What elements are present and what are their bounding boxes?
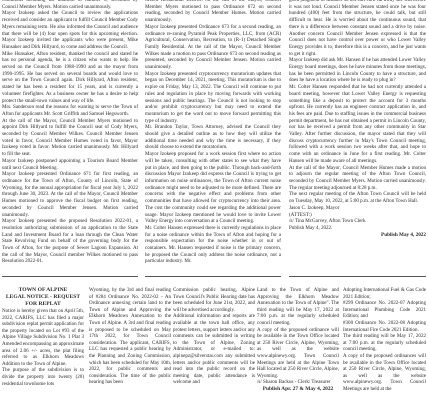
alpine-replat-notice: TOWN OF ALPINE LEGAL NOTICE - REQUEST FO… [0, 287, 428, 400]
minutes-column-2: Mixed Residential District. At the call … [145, 0, 281, 265]
paragraph: Wyoming, by the 3rd and final reading of… [89, 287, 171, 386]
section-divider [2, 276, 138, 277]
paragraph: Mike Hunsaker, Afton resident, thanked t… [2, 51, 138, 105]
paragraph: Notice is hereby given that on April 5th… [2, 308, 84, 367]
notice-title-line: TOWN OF ALPINE [2, 287, 84, 294]
afton-council-minutes: conditions including the addition of num… [0, 0, 428, 282]
notice-column-3: Commission public hearing, Alpine Town C… [173, 287, 255, 386]
signature-line: Jason C. Izokeep, Mayor [289, 205, 426, 212]
paragraph: A copy of the proposed ordinances will b… [343, 353, 426, 393]
paragraph: #300 Ordinance No. 2022-08 Adopting Inte… [343, 320, 426, 333]
paragraph: Mayor Izokeep presented Ordinance 671 fo… [2, 171, 138, 218]
paragraph: The third reading will be May 17, 2022 a… [343, 333, 426, 353]
paragraph: Mayor Izokeep presented cryptocurrency m… [145, 71, 281, 125]
section-divider [145, 276, 281, 277]
notice-column-2: Wyoming, by the 3rd and final reading of… [89, 287, 171, 386]
paragraph: Mr. Brandon Taylor, Town Attorney, advis… [145, 124, 281, 151]
paragraph: The purpose of the subdivision is to div… [2, 367, 84, 387]
paragraph: #299 Ordinance No. 2022-07 Adopting Inte… [343, 300, 426, 320]
paragraph: Additional information and reports are a… [173, 313, 255, 386]
notice-column-1: TOWN OF ALPINE LEGAL NOTICE - REQUEST FO… [2, 287, 84, 387]
paragraph: Mayor Izokeep proposed for a work sessio… [145, 151, 281, 225]
paragraph: Mayor Izokeep did ask Mr. Hansen if he h… [289, 57, 426, 84]
paragraph: The next regular meeting of the Afton To… [289, 191, 426, 204]
minutes-column-1: conditions including the addition of num… [2, 0, 138, 265]
paragraph: Commission public hearing, Alpine Town C… [173, 287, 255, 313]
paragraph: Land to the Town of Alpine and Approving… [257, 287, 339, 327]
paragraph: At the call of the Mayor, Council Member… [289, 165, 426, 192]
paragraph: Mixed Residential District. At the call … [145, 0, 281, 24]
paragraph: Mayor Izokeep asked the Council to revie… [2, 10, 138, 50]
minutes-column-3: good judgment of distance so not sure ho… [289, 0, 426, 238]
paragraph: Adopting International Fuel & Gas Code 2… [343, 287, 426, 300]
paragraph: Mayor Izokeep presented the proposed Res… [2, 218, 138, 265]
paragraph: conditions including the addition of num… [2, 0, 138, 10]
notice-title-line: FOR REPLAT [2, 301, 84, 308]
notice-column-4: Land to the Town of Alpine and Approving… [257, 287, 339, 393]
signature-line: /s/ Sharon Backus - Clerk/ Treasurer [257, 379, 339, 386]
paragraph: Mayor Izokeep postponed appointing a Tou… [2, 158, 138, 171]
publish-date: Publish Apr. 27 & May 4, 2022 [257, 386, 339, 393]
section-divider [289, 276, 426, 277]
notice-title-line: LEGAL NOTICE - REQUEST [2, 294, 84, 301]
paragraph: Mr. Colter Hansen responded that he had … [289, 84, 426, 164]
publish-date: Publish May 4, 2022 [289, 232, 426, 239]
clerk-line: /s/ Tina McGarvey, Afton Town Clerk [289, 218, 426, 225]
notice-column-5: Adopting International Fuel & Gas Code 2… [343, 287, 426, 393]
paragraph: A copy of the proposed ordinance will be… [257, 327, 339, 380]
paragraph: Mayor Izokeep presented Ordinance 673 fo… [145, 24, 281, 71]
paragraph: Mr. Colter Hansen expressed there is cur… [145, 225, 281, 265]
paragraph: At the call of the Mayor, Council Member… [2, 118, 138, 158]
publish-note: Publish May 4, 2022. [289, 225, 426, 232]
paragraph: Mrs. Sanderson read the reasons for want… [2, 104, 138, 117]
newspaper-legal-notices-page: conditions including the addition of num… [0, 0, 428, 400]
paragraph: good judgment of distance so not sure ho… [289, 0, 426, 57]
notice-title: TOWN OF ALPINE LEGAL NOTICE - REQUEST FO… [2, 287, 84, 308]
